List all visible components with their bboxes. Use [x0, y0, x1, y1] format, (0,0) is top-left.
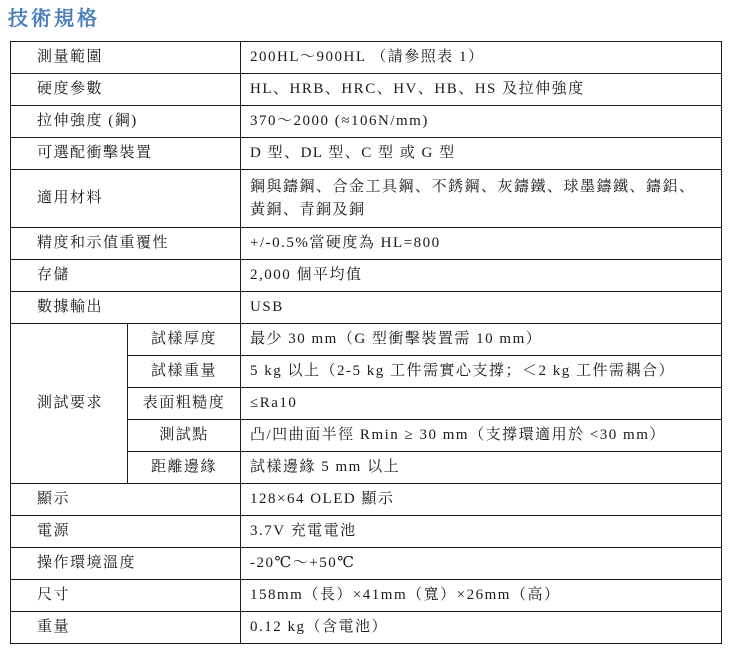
spec-label: 精度和示值重覆性 [11, 228, 241, 260]
table-row: 精度和示值重覆性 +/-0.5%當硬度為 HL=800 [11, 228, 722, 260]
spec-value: 試樣邊緣 5 mm 以上 [241, 452, 722, 484]
spec-value: 158mm（長）×41mm（寬）×26mm（高） [241, 580, 722, 612]
spec-sublabel: 測試點 [128, 420, 241, 452]
table-row: 硬度參數 HL、HRB、HRC、HV、HB、HS 及拉伸強度 [11, 74, 722, 106]
spec-sublabel: 試樣重量 [128, 356, 241, 388]
spec-value: 5 kg 以上（2-5 kg 工件需實心支撐；＜2 kg 工件需耦合） [241, 356, 722, 388]
spec-label: 電源 [11, 516, 241, 548]
page-title: 技術規格 [8, 2, 100, 31]
spec-label: 硬度參數 [11, 74, 241, 106]
spec-value: 128×64 OLED 顯示 [241, 484, 722, 516]
table-row: 顯示 128×64 OLED 顯示 [11, 484, 722, 516]
spec-value: 3.7V 充電電池 [241, 516, 722, 548]
spec-value: 最少 30 mm（G 型衝擊裝置需 10 mm） [241, 324, 722, 356]
spec-value: HL、HRB、HRC、HV、HB、HS 及拉伸強度 [241, 74, 722, 106]
table-row: 測量範圍 200HL～900HL （請參照表 1） [11, 42, 722, 74]
spec-sublabel: 試樣厚度 [128, 324, 241, 356]
spec-label: 重量 [11, 612, 241, 644]
spec-value: 凸/凹曲面半徑 Rmin ≥ 30 mm（支撐環適用於 <30 mm） [241, 420, 722, 452]
spec-label: 可選配衝擊裝置 [11, 138, 241, 170]
spec-label: 尺寸 [11, 580, 241, 612]
spec-value: 200HL～900HL （請參照表 1） [241, 42, 722, 74]
table-row: 數據輸出 USB [11, 292, 722, 324]
spec-value: 鋼與鑄鋼、合金工具鋼、不銹鋼、灰鑄鐵、球墨鑄鐵、鑄鋁、 黃銅、青銅及銅 [241, 170, 722, 228]
table-row: 可選配衝擊裝置 D 型、DL 型、C 型 或 G 型 [11, 138, 722, 170]
table-row: 尺寸 158mm（長）×41mm（寬）×26mm（高） [11, 580, 722, 612]
spec-value: 0.12 kg（含電池） [241, 612, 722, 644]
spec-label: 操作環境溫度 [11, 548, 241, 580]
table-row: 拉伸強度 (鋼) 370～2000 (≈106N/mm) [11, 106, 722, 138]
spec-value: 370～2000 (≈106N/mm) [241, 106, 722, 138]
spec-label: 測量範圍 [11, 42, 241, 74]
table-row: 適用材料 鋼與鑄鋼、合金工具鋼、不銹鋼、灰鑄鐵、球墨鑄鐵、鑄鋁、 黃銅、青銅及銅 [11, 170, 722, 228]
spec-label: 存儲 [11, 260, 241, 292]
spec-label: 拉伸強度 (鋼) [11, 106, 241, 138]
spec-value: +/-0.5%當硬度為 HL=800 [241, 228, 722, 260]
spec-value: D 型、DL 型、C 型 或 G 型 [241, 138, 722, 170]
spec-group-label: 測試要求 [11, 324, 128, 484]
table-row: 操作環境溫度 -20℃～+50℃ [11, 548, 722, 580]
spec-value: 2,000 個平均值 [241, 260, 722, 292]
spec-label: 顯示 [11, 484, 241, 516]
table-row: 重量 0.12 kg（含電池） [11, 612, 722, 644]
spec-value: USB [241, 292, 722, 324]
spec-value: -20℃～+50℃ [241, 548, 722, 580]
spec-sublabel: 距離邊緣 [128, 452, 241, 484]
table-row: 電源 3.7V 充電電池 [11, 516, 722, 548]
table-row: 存儲 2,000 個平均值 [11, 260, 722, 292]
table-row: 測試要求 試樣厚度 最少 30 mm（G 型衝擊裝置需 10 mm） [11, 324, 722, 356]
spec-label: 數據輸出 [11, 292, 241, 324]
spec-sheet-page: 技術規格 測量範圍 200HL～900HL （請參照表 1） 硬度參數 HL、H… [0, 0, 730, 651]
spec-table: 測量範圍 200HL～900HL （請參照表 1） 硬度參數 HL、HRB、HR… [10, 41, 722, 644]
spec-value: ≤Ra10 [241, 388, 722, 420]
spec-label: 適用材料 [11, 170, 241, 228]
spec-sublabel: 表面粗糙度 [128, 388, 241, 420]
